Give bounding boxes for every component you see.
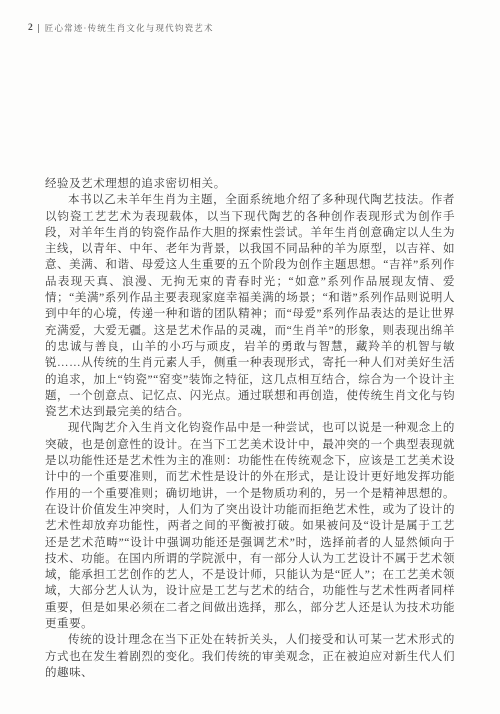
- paragraph: 现代陶艺介入生肖文化钧瓷作品中是一种尝试，也可以说是一种观念上的突破，也是创意性…: [45, 420, 455, 632]
- paragraph-continuation: 经验及艺术理想的追求密切相关。: [45, 176, 455, 192]
- book-page: 2 匠心常迹·传统生肖文化与现代钧瓷艺术 经验及艺术理想的追求密切相关。 本书以…: [0, 0, 500, 714]
- running-header-title: 匠心常迹·传统生肖文化与现代钧瓷艺术: [45, 22, 214, 34]
- paragraph: 本书以乙未羊年生肖为主题，全面系统地介绍了多种现代陶艺技法。作者以钧瓷工艺艺术为…: [45, 192, 455, 420]
- running-header: 2 匠心常迹·传统生肖文化与现代钧瓷艺术: [28, 22, 472, 34]
- page-body-text: 经验及艺术理想的追求密切相关。 本书以乙未羊年生肖为主题，全面系统地介绍了多种现…: [45, 176, 455, 681]
- paragraph: 传统的设计理念在当下正处在转折关头，人们接受和认可某一艺术形式的方式也在发生着剧…: [45, 632, 455, 681]
- page-number: 2: [28, 23, 33, 33]
- header-divider-line: [38, 24, 39, 33]
